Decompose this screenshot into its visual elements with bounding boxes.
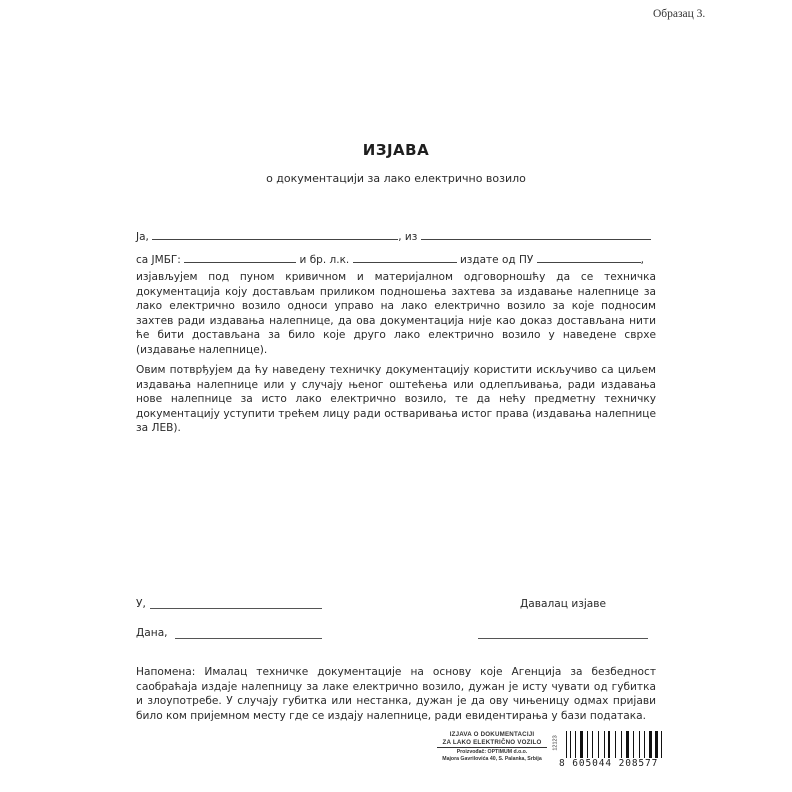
- note-paragraph: Напомена: Ималац техничке документације …: [136, 665, 656, 723]
- name-label: Ја,: [136, 231, 149, 243]
- address-field[interactable]: [421, 229, 651, 240]
- issued-by-label: издате од ПУ: [460, 254, 533, 266]
- document-subtitle: о документацији за лако електрично возил…: [0, 172, 792, 185]
- barcode-bars-icon: [566, 731, 666, 758]
- place-field[interactable]: [150, 608, 322, 609]
- police-dept-field[interactable]: [537, 252, 641, 263]
- article-code: 12123: [556, 731, 564, 757]
- barcode: 12123 8 605044 208577: [556, 731, 668, 769]
- id-card-label: и бр. л.к.: [300, 254, 350, 266]
- date-label: Дана,: [136, 627, 168, 639]
- product-name-line-1: IZJAVA O DOKUMENTACIJI: [437, 731, 547, 739]
- place-label: У,: [136, 598, 146, 610]
- signature-field[interactable]: [478, 638, 648, 639]
- product-name-line-2: ZA LAKO ELEKTRIČNO VOZILO: [437, 739, 547, 749]
- row-end-comma: ,: [641, 254, 644, 266]
- barcode-number: 8 605044 208577: [559, 758, 658, 769]
- declarant-label: Давалац изјаве: [520, 598, 606, 610]
- from-label: , из: [398, 231, 417, 243]
- declaration-paragraph: изјављујем под пуном кривичном и материј…: [136, 270, 656, 358]
- document-title: ИЗЈАВА: [0, 141, 792, 159]
- confirmation-paragraph: Овим потврђујем да ћу наведену техничку …: [136, 363, 656, 436]
- form-number: Образац 3.: [653, 8, 705, 20]
- date-field[interactable]: [175, 638, 322, 639]
- id-card-field[interactable]: [353, 252, 457, 263]
- producer-address: Majora Gavrilovića 40, S. Palanka, Srbij…: [437, 756, 547, 763]
- product-info: IZJAVA O DOKUMENTACIJI ZA LAKO ELEKTRIČN…: [437, 731, 547, 762]
- article-code-text: 12123: [553, 735, 559, 750]
- id-row: са ЈМБГ: и бр. л.к. издате од ПУ ,: [136, 252, 644, 266]
- name-field[interactable]: [152, 229, 398, 240]
- jmbg-field[interactable]: [184, 252, 296, 263]
- name-address-row: Ја, , из: [136, 229, 651, 243]
- jmbg-label: са ЈМБГ:: [136, 254, 181, 266]
